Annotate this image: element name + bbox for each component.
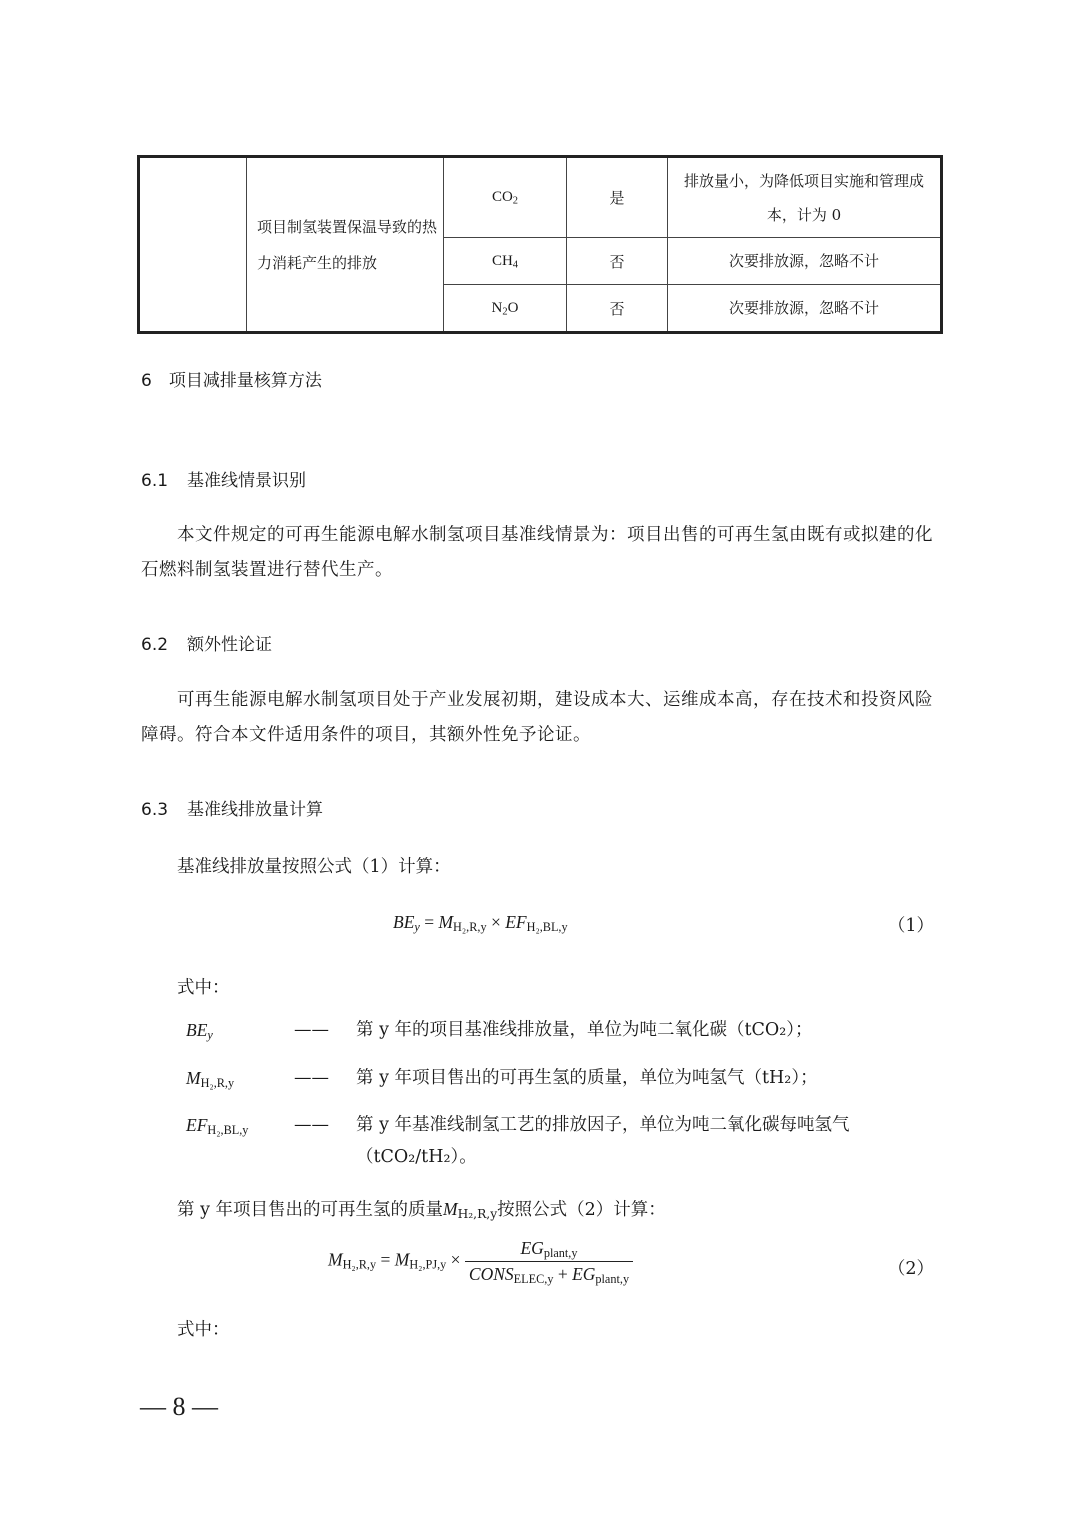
definition-row: MH₂,R,y —— 第 y 年项目售出的可再生氢的质量，单位为吨氢气（tH₂）… (186, 1068, 906, 1102)
section-6-heading: 6 项目减排量核算方法 (141, 366, 322, 391)
fraction: EGplant,y CONSELEC,y + EGplant,y (465, 1238, 633, 1285)
gas-cell: CH4 (444, 238, 567, 285)
note-cell: 次要排放源，忽略不计 (668, 238, 942, 285)
emission-sources-table: 项目制氢装置保温导致的热力消耗产生的排放 CO2 是 排放量小，为降低项目实施和… (137, 155, 943, 334)
definition-variable: BEy (186, 1020, 213, 1041)
formula-1-number: （1） (888, 912, 934, 937)
definition-variable: EFH₂,BL,y (186, 1115, 248, 1136)
included-cell: 是 (567, 157, 668, 238)
formula-2: MH₂,R,y = MH₂,PJ,y × EGplant,y CONSELEC,… (328, 1238, 633, 1285)
note-cell: 次要排放源，忽略不计 (668, 285, 942, 333)
empty-cell (139, 157, 247, 333)
gas-cell: CO2 (444, 157, 567, 238)
note-cell: 排放量小，为降低项目实施和管理成本，计为 0 (668, 157, 942, 238)
page-number: — 8 — (140, 1392, 218, 1422)
section-6-2-heading: 6.2额外性论证 (141, 630, 272, 655)
formula-1: BEy = MH₂,R,y × EFH₂,BL,y (393, 912, 568, 933)
gas-cell: N2O (444, 285, 567, 333)
definition-text: 第 y 年的项目基准线排放量，单位为吨二氧化碳（tCO₂）； (356, 1014, 896, 1046)
where-label: 式中： (177, 974, 230, 999)
formula-2-number: （2） (888, 1255, 934, 1280)
table-row: 项目制氢装置保温导致的热力消耗产生的排放 CO2 是 排放量小，为降低项目实施和… (139, 157, 942, 238)
definition-text: 第 y 年项目售出的可再生氢的质量，单位为吨氢气（tH₂）； (356, 1062, 896, 1094)
definition-variable: MH₂,R,y (186, 1068, 234, 1089)
formula-1-intro: 基准线排放量按照公式（1）计算： (177, 853, 451, 878)
section-6-1-paragraph: 本文件规定的可再生能源电解水制氢项目基准线情景为：项目出售的可再生氢由既有或拟建… (141, 518, 941, 588)
definition-row: BEy —— 第 y 年的项目基准线排放量，单位为吨二氧化碳（tCO₂）； (186, 1020, 906, 1054)
definition-row: EFH₂,BL,y —— 第 y 年基准线制氢工艺的排放因子，单位为吨二氧化碳每… (186, 1115, 906, 1175)
definition-text: 第 y 年基准线制氢工艺的排放因子，单位为吨二氧化碳每吨氢气（tCO₂/tH₂）… (356, 1109, 896, 1173)
section-6-3-heading: 6.3基准线排放量计算 (141, 795, 323, 820)
included-cell: 否 (567, 285, 668, 333)
section-6-1-heading: 6.1基准线情景识别 (141, 466, 306, 491)
formula-2-intro: 第 y 年项目售出的可再生氢的质量MH₂,R,y按照公式（2）计算： (177, 1196, 666, 1221)
where-label: 式中： (177, 1316, 230, 1341)
section-6-2-paragraph: 可再生能源电解水制氢项目处于产业发展初期，建设成本大、运维成本高，存在技术和投资… (141, 683, 941, 753)
included-cell: 否 (567, 238, 668, 285)
document-page: 项目制氢装置保温导致的热力消耗产生的排放 CO2 是 排放量小，为降低项目实施和… (0, 0, 1080, 1527)
emission-source-cell: 项目制氢装置保温导致的热力消耗产生的排放 (247, 157, 444, 333)
